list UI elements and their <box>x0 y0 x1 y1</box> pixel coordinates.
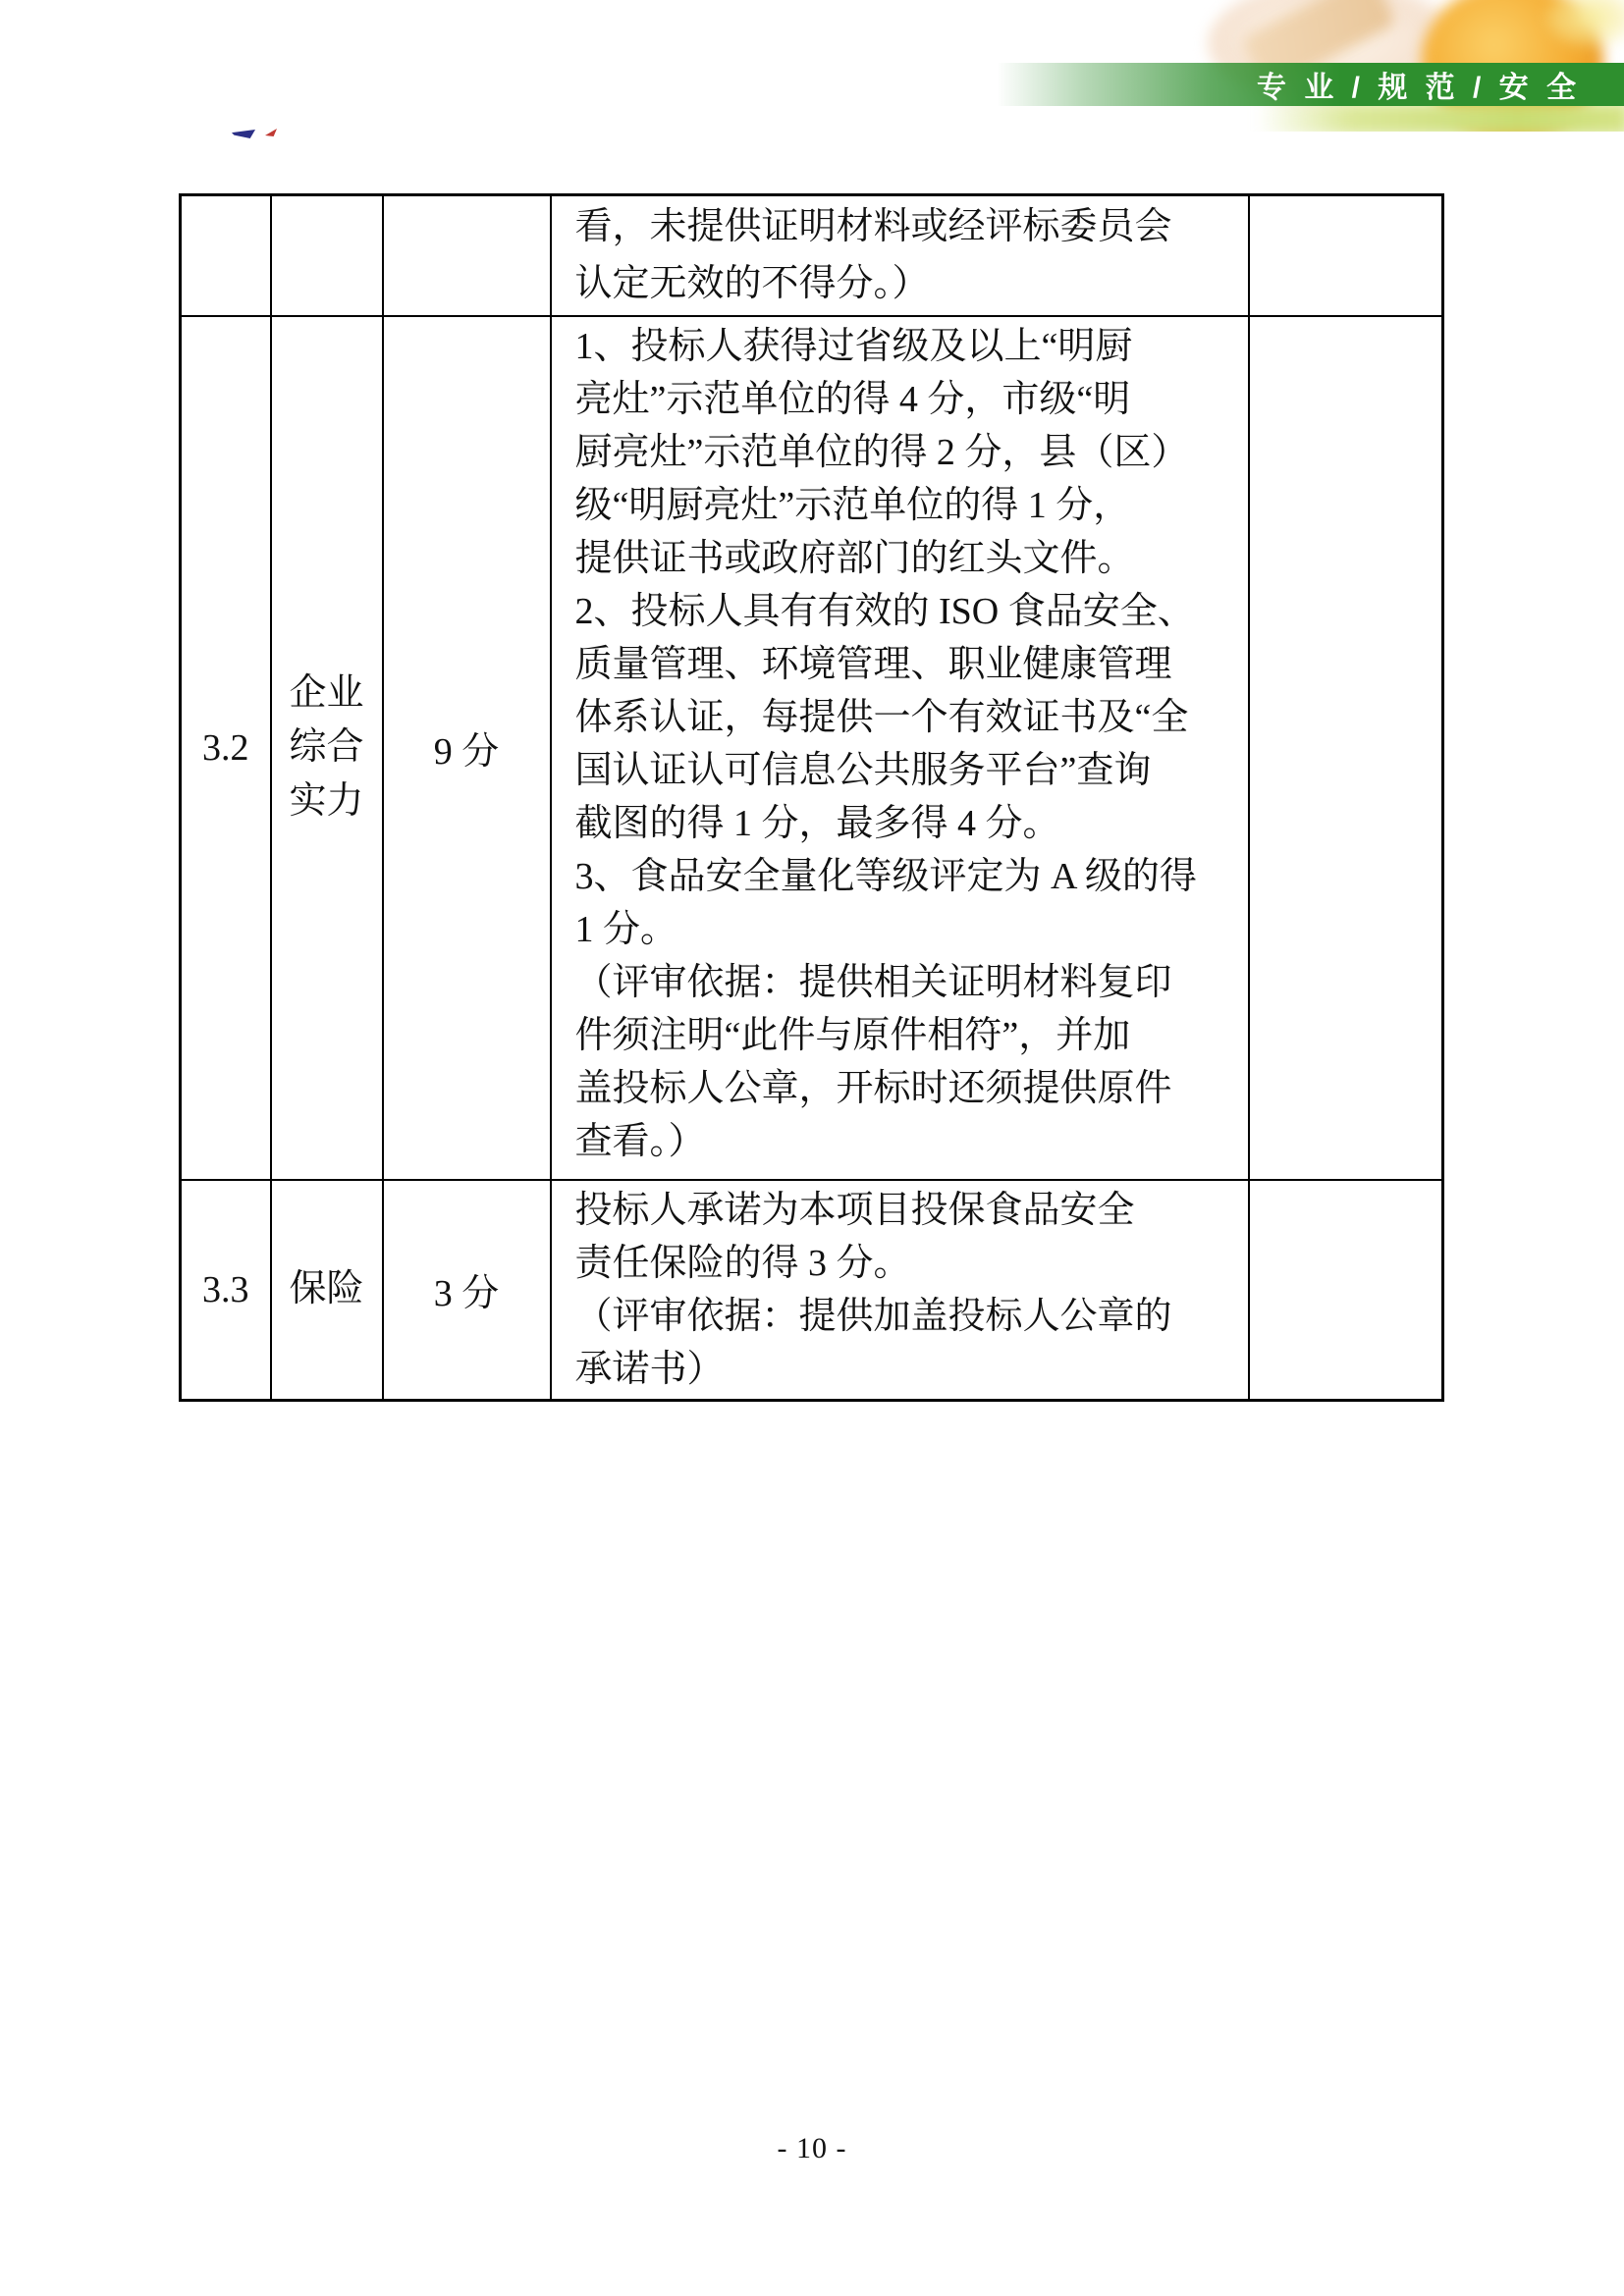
score-cell <box>1249 1180 1443 1401</box>
criteria-number-cell: 3.3 <box>181 1180 271 1401</box>
score-cell <box>1249 195 1443 316</box>
criteria-number-cell <box>181 195 271 316</box>
description-cell: 1、投标人获得过省级及以上“明厨 亮灶”示范单位的得 4 分，市级“明 厨亮灶”… <box>551 316 1249 1180</box>
evaluation-criteria-table: 看，未提供证明材料或经评标委员会 认定无效的不得分。） 3.2 企业 综合 实力… <box>179 193 1444 1402</box>
table-row: 3.2 企业 综合 实力 9 分 1、投标人获得过省级及以上“明厨 亮灶”示范单… <box>181 316 1443 1180</box>
description-cell: 投标人承诺为本项目投保食品安全 责任保险的得 3 分。 （评审依据：提供加盖投标… <box>551 1180 1249 1401</box>
logo-fragment-blue <box>232 130 255 138</box>
table-row: 3.3 保险 3 分 投标人承诺为本项目投保食品安全 责任保险的得 3 分。 （… <box>181 1180 1443 1401</box>
criteria-name-cell <box>271 195 383 316</box>
score-cell <box>1249 316 1443 1180</box>
points-cell: 9 分 <box>383 316 551 1180</box>
criteria-name-cell: 企业 综合 实力 <box>271 316 383 1180</box>
description-cell: 看，未提供证明材料或经评标委员会 认定无效的不得分。） <box>551 195 1249 316</box>
points-cell: 3 分 <box>383 1180 551 1401</box>
table-row: 看，未提供证明材料或经评标委员会 认定无效的不得分。） <box>181 195 1443 316</box>
points-cell <box>383 195 551 316</box>
logo-fragment-red <box>265 129 277 136</box>
melon-strip-image <box>1257 102 1624 132</box>
header-banner: 专 业 / 规 范 / 安 全 <box>997 63 1624 106</box>
criteria-number-cell: 3.2 <box>181 316 271 1180</box>
header-slogan: 专 业 / 规 范 / 安 全 <box>1257 63 1581 106</box>
page-number: - 10 - <box>0 2132 1624 2165</box>
criteria-name-cell: 保险 <box>271 1180 383 1401</box>
